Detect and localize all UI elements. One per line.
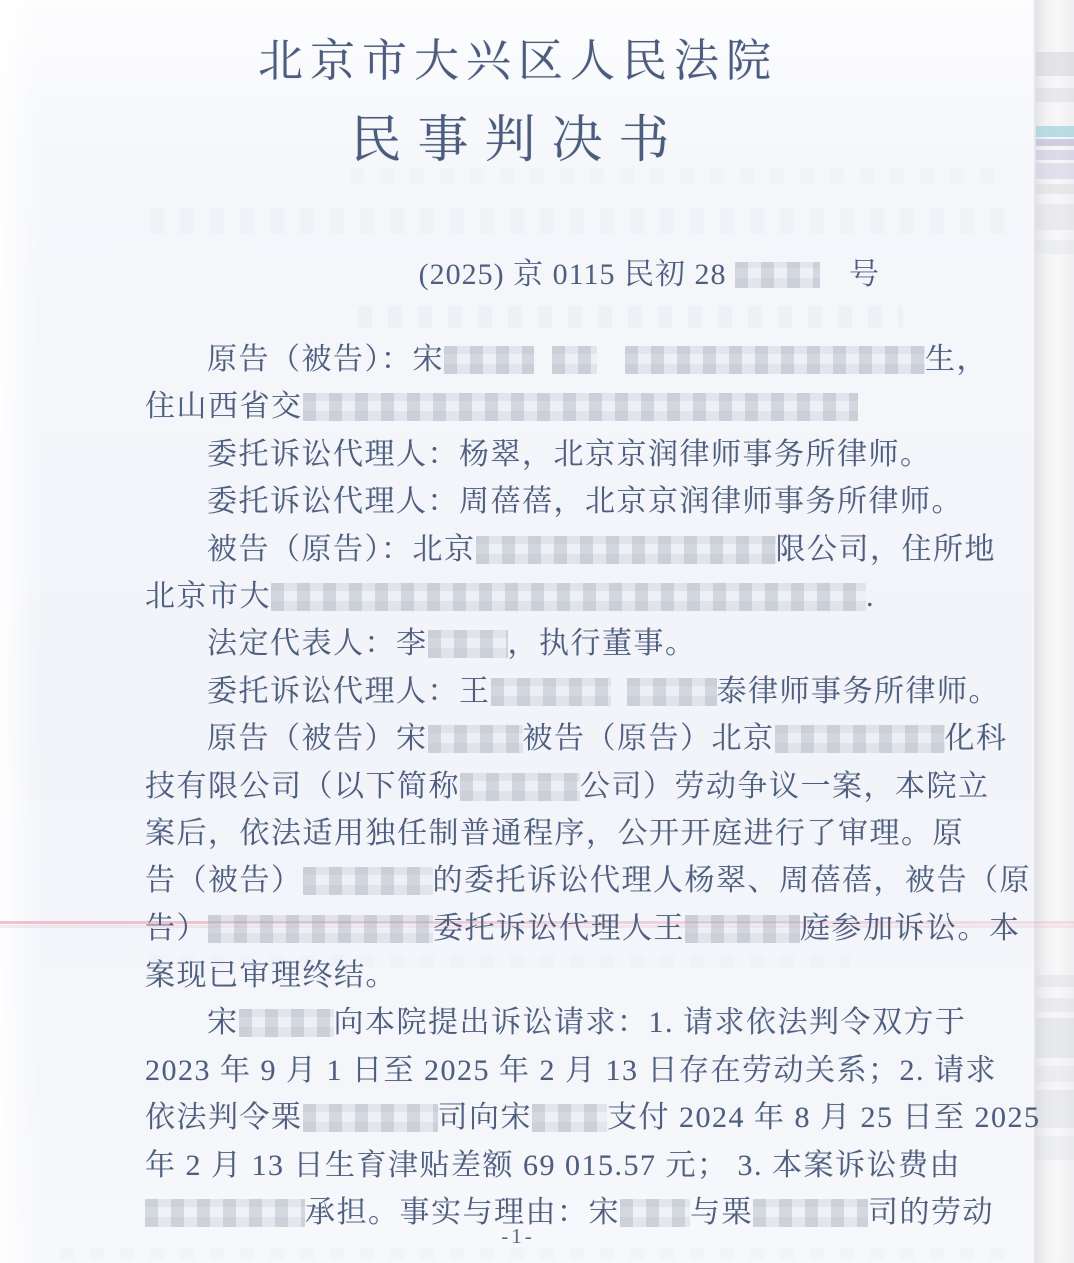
scan-streak [1036,240,1074,254]
right-scanner-artifact-strip [1036,0,1074,1263]
redaction-box [627,678,717,706]
document-body: 原告（被告）：宋生，住山西省交委托诉讼代理人：杨翠，北京京润律师事务所律师。委托… [145,336,920,1236]
line-text: 依法判令栗 [145,1101,303,1134]
line-text: 泰律师事务所律师。 [717,675,1001,708]
redaction-box [476,536,776,564]
scan-streak-purple [1036,150,1074,160]
bleedthrough-ghost [358,306,903,328]
redaction-box [625,346,925,374]
case-number: (2025) 京 0115 民初 28 号 [419,249,880,293]
line-text: 住山西省交 [145,390,303,423]
bleedthrough-ghost [150,208,1010,234]
line-text: 司向宋 [438,1101,533,1134]
scan-streak [1036,52,1074,76]
document-line: 依法判令栗司向宋支付 2024 年 8 月 25 日至 2025 [145,1094,920,1141]
case-number-suffix: 号 [849,258,880,291]
scan-streak [1036,1136,1074,1160]
line-text: 限公司，住所地 [776,533,997,566]
line-text: 2023 年 9 月 1 日至 2025 年 2 月 13 日存在劳动关系；2.… [145,1054,997,1087]
line-text: 委托诉讼代理人王 [433,912,685,945]
document-line: 原告（被告）：宋生， [145,336,920,383]
scanned-judgment-page: 北京市大兴区人民法院 民事判决书 (2025) 京 0115 民初 28 号 原… [0,0,1074,1263]
redaction-box [620,1199,690,1227]
scan-streak [1036,975,1074,987]
line-text: 委托诉讼代理人：杨翠，北京京润律师事务所律师。 [207,438,932,471]
document-line: 技有限公司（以下简称公司）劳动争议一案，本院立 [145,763,920,810]
document-line: 年 2 月 13 日生育津贴差额 69 015.57 元； 3. 本案诉讼费由 [145,1142,920,1189]
bleedthrough-ghost [60,1248,1010,1260]
document-line: 宋向本院提出诉讼请求：1. 请求依法判令双方于 [145,999,920,1046]
line-text: 委托诉讼代理人：周蓓蓓，北京京润律师事务所律师。 [207,485,963,518]
line-text: 法定代表人：李 [207,627,428,660]
line-text: 的委托诉讼代理人杨翠、周蓓蓓，被告（原 [433,864,1032,897]
redaction-box [775,725,945,753]
line-text: 北京市大 [145,580,271,613]
document-line: 原告（被告）宋被告（原告）北京化科 [145,715,920,762]
spacer [829,283,841,284]
document-line: 被告（原告）：北京限公司，住所地 [145,526,920,573]
line-text: 技有限公司（以下简称 [145,770,460,803]
line-text: 年 2 月 13 日生育津贴差额 69 015.57 元； 3. 本案诉讼费由 [145,1149,961,1182]
redaction-box [303,867,433,895]
redaction-box [491,678,611,706]
redaction-box [685,915,800,943]
redaction-box [552,346,597,374]
redaction-box [532,1104,607,1132]
line-text: 原告（被告）宋 [207,722,428,755]
document-line: 北京市大. [145,573,920,620]
line-text: 支付 2024 年 8 月 25 日至 2025 [607,1101,1041,1134]
line-text: 被告（原告）北京 [523,722,775,755]
scan-streak-purple [1036,139,1074,146]
document-line: 案现已审理终结。 [145,952,920,999]
scan-streak-cyan [1036,126,1074,137]
line-text: . [866,580,875,613]
line-text: 宋 [207,1006,239,1039]
line-text: 生， [925,343,988,376]
document-line: 案后，依法适用独任制普通程序，公开开庭进行了审理。原 [145,810,920,857]
document-type-title: 民事判决书 [0,98,1036,172]
line-text: 公司）劳动争议一案，本院立 [580,770,990,803]
line-text: 向本院提出诉讼请求：1. 请求依法判令双方于 [334,1006,967,1039]
scan-streak [1036,204,1074,230]
line-text: 化科 [945,722,1008,755]
document-line: 法定代表人：李，执行董事。 [145,620,920,667]
line-text: 原告（被告）：宋 [207,343,444,376]
scan-streak [1036,88,1074,102]
line-text: 庭参加诉讼。本 [800,912,1021,945]
document-line: 2023 年 9 月 1 日至 2025 年 2 月 13 日存在劳动关系；2.… [145,1047,920,1094]
redaction-box [145,1199,305,1227]
line-text: 案现已审理终结。 [145,959,397,992]
line-text: 告（被告） [145,864,303,897]
redaction-box [460,773,580,801]
line-text: 告） [145,912,208,945]
document-line: 委托诉讼代理人：周蓓蓓，北京京润律师事务所律师。 [145,478,920,525]
scan-streak [1036,184,1074,194]
left-scan-light-band [0,0,42,1263]
spacer [597,368,625,369]
redaction-box [239,1009,334,1037]
line-text: 被告（原告）：北京 [207,533,476,566]
line-text: 委托诉讼代理人：王 [207,675,491,708]
document-line: 告）委托诉讼代理人王庭参加诉讼。本 [145,905,920,952]
redaction-box [428,725,523,753]
redaction-box [444,346,534,374]
spacer [611,700,627,701]
redaction-box [753,1199,868,1227]
redaction-box [735,262,820,288]
document-line: 住山西省交 [145,383,920,430]
page-number: -1- [0,1224,1036,1249]
document-line: 告（被告）的委托诉讼代理人杨翠、周蓓蓓，被告（原 [145,857,920,904]
scan-streak [1036,1066,1074,1082]
redaction-box [271,583,866,611]
redaction-box [303,1104,438,1132]
scan-streak [1036,998,1074,1012]
redaction-box [428,630,508,658]
spacer [534,368,552,369]
scan-streak-purple [1036,163,1074,179]
scan-streak [1036,1090,1074,1128]
document-line: 委托诉讼代理人：杨翠，北京京润律师事务所律师。 [145,431,920,478]
case-number-prefix: (2025) 京 0115 民初 28 [419,258,727,291]
line-text: 案后，依法适用独任制普通程序，公开开庭进行了审理。原 [145,817,964,850]
redaction-box [208,915,433,943]
scan-streak [1036,1018,1074,1058]
line-text: ，执行董事。 [508,627,697,660]
court-name-title: 北京市大兴区人民法院 [0,24,1036,89]
document-line: 委托诉讼代理人：王泰律师事务所律师。 [145,668,920,715]
redaction-box [303,393,858,421]
